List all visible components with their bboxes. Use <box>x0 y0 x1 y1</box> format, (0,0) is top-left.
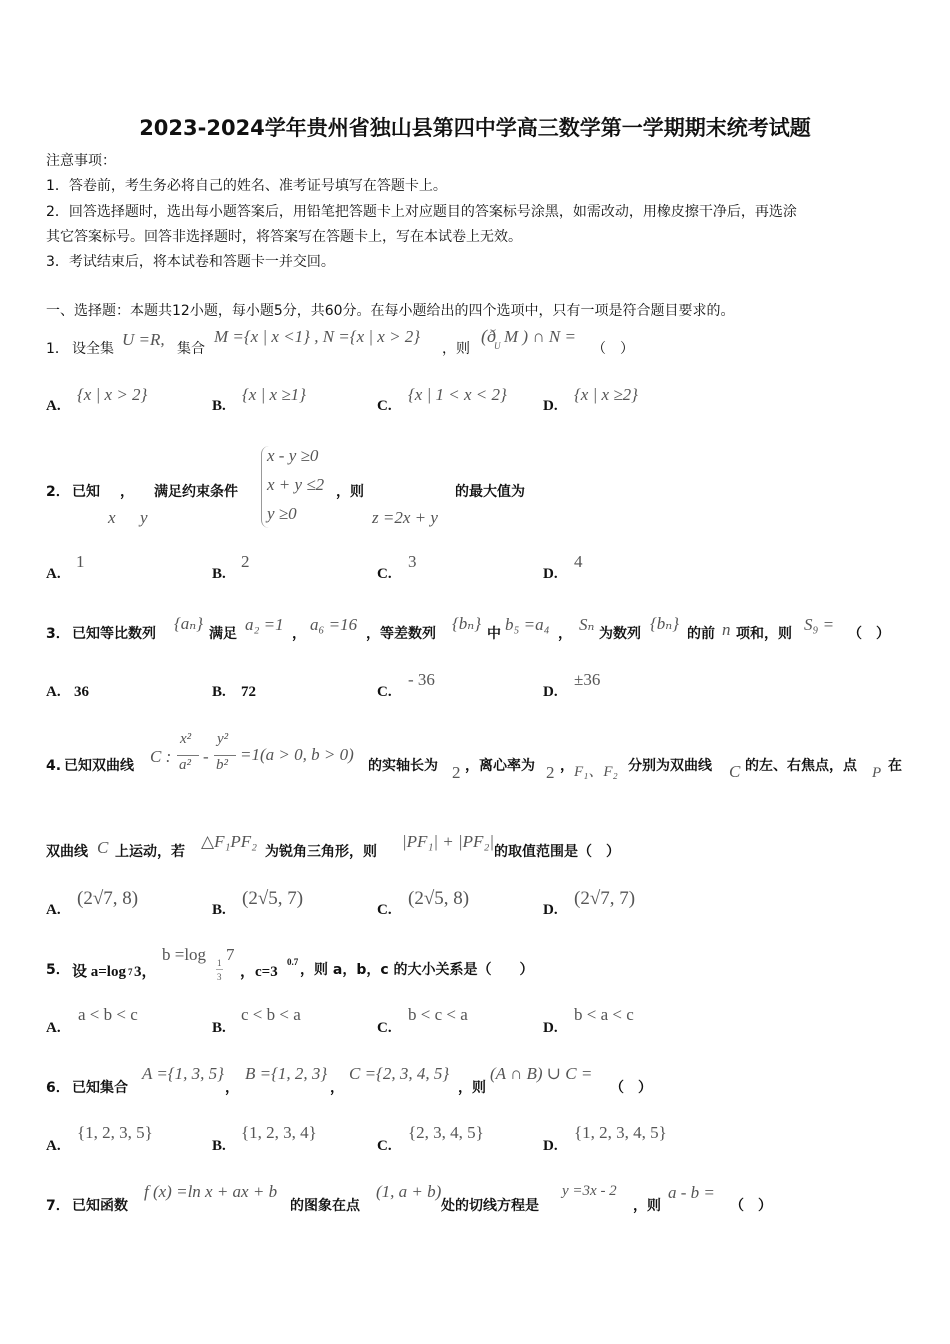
math-expr: C <box>729 762 740 782</box>
option-value-c[interactable]: {2, 3, 4, 5} <box>408 1123 484 1143</box>
math-subscript: U <box>494 341 501 351</box>
math-expr: b =log <box>162 945 206 965</box>
question-text: 中 <box>487 625 501 643</box>
math-expr: 2 <box>546 763 555 783</box>
option-value-b[interactable]: (2√5, 7) <box>242 888 303 910</box>
option-value-b[interactable]: {x | x ≥1} <box>242 385 306 405</box>
answer-blank: （ ） <box>610 1079 652 1097</box>
option-label-d: D. <box>543 684 558 701</box>
question-text: 分别为双曲线 <box>628 757 712 775</box>
math-expr: C <box>97 838 108 858</box>
option-label-c: C. <box>377 1138 392 1155</box>
math-superscript: 0.7 <box>287 957 298 967</box>
question-text: ， <box>225 1079 239 1097</box>
question-text: ，则 <box>458 1079 486 1097</box>
question-text: 的最大值为 <box>455 483 525 501</box>
math-expr: y =3x - 2 <box>562 1183 617 1200</box>
question-text: ， <box>120 483 134 501</box>
math-expr: M ) ∩ N = <box>504 327 576 347</box>
question-number: 4. <box>46 757 61 775</box>
minus-sign: - <box>203 747 209 767</box>
math-expr: B ={1, 2, 3} <box>245 1064 327 1084</box>
option-value-a[interactable]: 1 <box>76 552 85 572</box>
math-expr: (A ∩ B) ∪ C = <box>490 1064 592 1084</box>
option-label-c: C. <box>377 566 392 583</box>
math-expr: P <box>872 765 881 782</box>
question-text: 为数列 <box>599 625 641 643</box>
option-label-d: D. <box>543 902 558 919</box>
math-expr: {bₙ} <box>452 614 481 634</box>
math-expr: 2 <box>452 763 461 783</box>
question-text: ， <box>560 757 574 775</box>
page-title: 2023-2024学年贵州省独山县第四中学高三数学第一学期期末统考试题 <box>0 112 950 142</box>
var-x: x <box>108 508 116 528</box>
question-text: 已知集合 <box>72 1079 128 1097</box>
fraction-num: y² <box>217 731 228 748</box>
question-text: 已知双曲线 <box>64 757 134 775</box>
option-label-c: C. <box>377 684 392 701</box>
fraction-bar <box>214 755 236 756</box>
constraint-1: x - y ≥0 <box>267 446 318 466</box>
fraction-den: a² <box>179 757 191 774</box>
option-label-b: B. <box>212 1138 226 1155</box>
question-text: 已知函数 <box>72 1197 128 1215</box>
math-expr: C : <box>150 747 171 767</box>
option-label-c: C. <box>377 1020 392 1037</box>
question-text: 设 a=log <box>72 960 126 981</box>
question-text: ，则 a，b，c 的大小关系是（ ） <box>300 961 534 979</box>
question-number: 7． <box>46 1197 70 1215</box>
option-label-a: A. <box>46 902 61 919</box>
option-value-a[interactable]: {x | x > 2} <box>77 385 147 405</box>
question-text: 满足约束条件 <box>154 483 238 501</box>
question-text: ，则 <box>633 1197 661 1215</box>
question-number: 2． <box>46 483 70 501</box>
option-value-c[interactable]: (2√5, 8) <box>408 888 469 910</box>
option-value-d[interactable]: (2√7, 7) <box>574 888 635 910</box>
option-label-a: A. <box>46 566 61 583</box>
math-expr: C ={2, 3, 4, 5} <box>349 1064 449 1084</box>
math-expr: n <box>722 620 731 640</box>
math-expr: A ={1, 3, 5} <box>142 1064 224 1084</box>
option-label-a: A. <box>46 1138 61 1155</box>
option-label-b: B. <box>212 902 226 919</box>
math-expr: b₅ =a₄ <box>505 615 550 635</box>
math-expr: a - b = <box>668 1183 715 1203</box>
question-text: 上运动，若 <box>115 843 185 861</box>
math-expr: S₉ = <box>804 615 834 635</box>
option-label-a: A. <box>46 684 61 701</box>
log-base-den: 3 <box>217 972 222 982</box>
option-value-d[interactable]: ±36 <box>574 670 600 690</box>
fraction-den: b² <box>216 757 228 774</box>
math-expr: f (x) =ln x + ax + b <box>144 1182 277 1202</box>
question-number: 6． <box>46 1079 70 1097</box>
fraction-bar <box>177 755 199 756</box>
math-expr: Sₙ <box>579 615 594 635</box>
math-expr: {bₙ} <box>650 614 679 634</box>
fraction-bar <box>216 969 223 970</box>
var-y: y <box>140 508 148 528</box>
question-text: 的实轴长为 <box>368 757 438 775</box>
question-text: 的左、右焦点，点 <box>745 757 857 775</box>
option-label-b: B. <box>212 398 226 415</box>
question-text: ，则 <box>336 483 364 501</box>
objective: z =2x + y <box>372 508 438 528</box>
option-value-b[interactable]: {1, 2, 3, 4} <box>241 1123 317 1143</box>
question-text: 项和，则 <box>736 625 792 643</box>
question-number: 5． <box>46 961 70 979</box>
option-value-d[interactable]: {1, 2, 3, 4, 5} <box>574 1123 667 1143</box>
answer-blank: （ ） <box>730 1197 772 1215</box>
question-text: 已知 <box>72 483 100 501</box>
option-value-c[interactable]: {x | 1 < x < 2} <box>408 385 507 405</box>
option-label-c: C. <box>377 398 392 415</box>
question-text: ，离心率为 <box>465 757 535 775</box>
math-expr: 7 <box>226 945 235 965</box>
option-label-d: D. <box>543 566 558 583</box>
option-value-a[interactable]: a < b < c <box>78 1005 138 1025</box>
question-text: 3， <box>134 960 157 981</box>
option-label-d: D. <box>543 1020 558 1037</box>
question-number: 3． <box>46 625 70 643</box>
option-label-d: D. <box>543 1138 558 1155</box>
option-label-c: C. <box>377 902 392 919</box>
option-value-a[interactable]: (2√7, 8) <box>77 888 138 910</box>
option-value-b[interactable]: c < b < a <box>241 1005 301 1025</box>
math-expr: a₆ =16 <box>310 615 357 635</box>
math-expr: F₁、F₂ <box>574 760 618 781</box>
question-text: 为锐角三角形，则 <box>265 843 377 861</box>
option-label-a: A. <box>46 1020 61 1037</box>
option-value-d[interactable]: b < a < c <box>574 1005 634 1025</box>
question-text: ，等差数列 <box>366 625 436 643</box>
math-expr: {aₙ} <box>174 614 203 634</box>
question-text: 的图象在点 <box>290 1197 360 1215</box>
option-label-b: B. <box>212 1020 226 1037</box>
option-value-d[interactable]: {x | x ≥2} <box>574 385 638 405</box>
math-expr: |PF₁| + |PF₂| <box>402 832 494 852</box>
option-value-b[interactable]: 72 <box>241 684 256 701</box>
question-text: 处的切线方程是 <box>441 1197 539 1215</box>
notice-item-2-cont: 其它答案标号。回答非选择题时，将答案写在答题卡上，写在本试卷上无效。 <box>46 228 522 246</box>
math-expr: M ={x | x <1} , N ={x | x > 2} <box>214 327 420 347</box>
option-value-a[interactable]: {1, 2, 3, 5} <box>77 1123 153 1143</box>
option-label-d: D. <box>543 398 558 415</box>
option-value-c[interactable]: 3 <box>408 552 417 572</box>
question-text: 满足 <box>209 625 237 643</box>
option-value-c[interactable]: - 36 <box>408 670 435 690</box>
question-text: 双曲线 <box>46 843 88 861</box>
option-value-d[interactable]: 4 <box>574 552 583 572</box>
fraction-num: x² <box>180 731 191 748</box>
constraint-3: y ≥0 <box>267 504 297 524</box>
math-expr: △F₁PF₂ <box>201 832 257 852</box>
notice-heading: 注意事项： <box>46 152 116 170</box>
question-text: 的取值范围是（ ） <box>494 843 620 861</box>
constraint-2: x + y ≤2 <box>267 475 324 495</box>
option-label-b: B. <box>212 566 226 583</box>
math-expr: a₂ =1 <box>245 615 284 635</box>
math-expr: U =R, <box>122 330 165 350</box>
question-text: ，则 <box>442 340 470 358</box>
question-text: 已知等比数列 <box>72 625 156 643</box>
answer-blank: （ ） <box>848 625 890 643</box>
question-text: 集合 <box>177 340 205 358</box>
notice-item-2: 2．回答选择题时，选出每小题答案后，用铅笔把答题卡上对应题目的答案标号涂黑，如需… <box>46 203 797 221</box>
question-number: 1． <box>46 340 69 358</box>
question-text: 设全集 <box>72 340 114 358</box>
math-expr: =1(a > 0, b > 0) <box>240 745 354 765</box>
option-value-c[interactable]: b < c < a <box>408 1005 468 1025</box>
question-text: 在 <box>888 757 902 775</box>
question-text: ， <box>292 625 306 643</box>
question-text: ，c=3 <box>240 960 278 981</box>
section-heading: 一、选择题：本题共12小题，每小题5分，共60分。在每小题给出的四个选项中，只有… <box>46 302 735 320</box>
question-text: ， <box>330 1079 344 1097</box>
notice-item-1: 1．答卷前，考生务必将自己的姓名、准考证号填写在答题卡上。 <box>46 177 447 195</box>
notice-item-3: 3．考试结束后，将本试卷和答题卡一并交回。 <box>46 253 335 271</box>
option-value-a[interactable]: 36 <box>74 684 89 701</box>
option-label-a: A. <box>46 398 61 415</box>
question-text: 的前 <box>687 625 715 643</box>
option-label-b: B. <box>212 684 226 701</box>
math-expr: (1, a + b) <box>376 1182 441 1202</box>
math-subscript: 7 <box>128 967 133 977</box>
log-base-num: 1 <box>217 958 222 968</box>
question-text: ， <box>558 625 572 643</box>
answer-blank: （ ） <box>592 340 634 358</box>
option-value-b[interactable]: 2 <box>241 552 250 572</box>
